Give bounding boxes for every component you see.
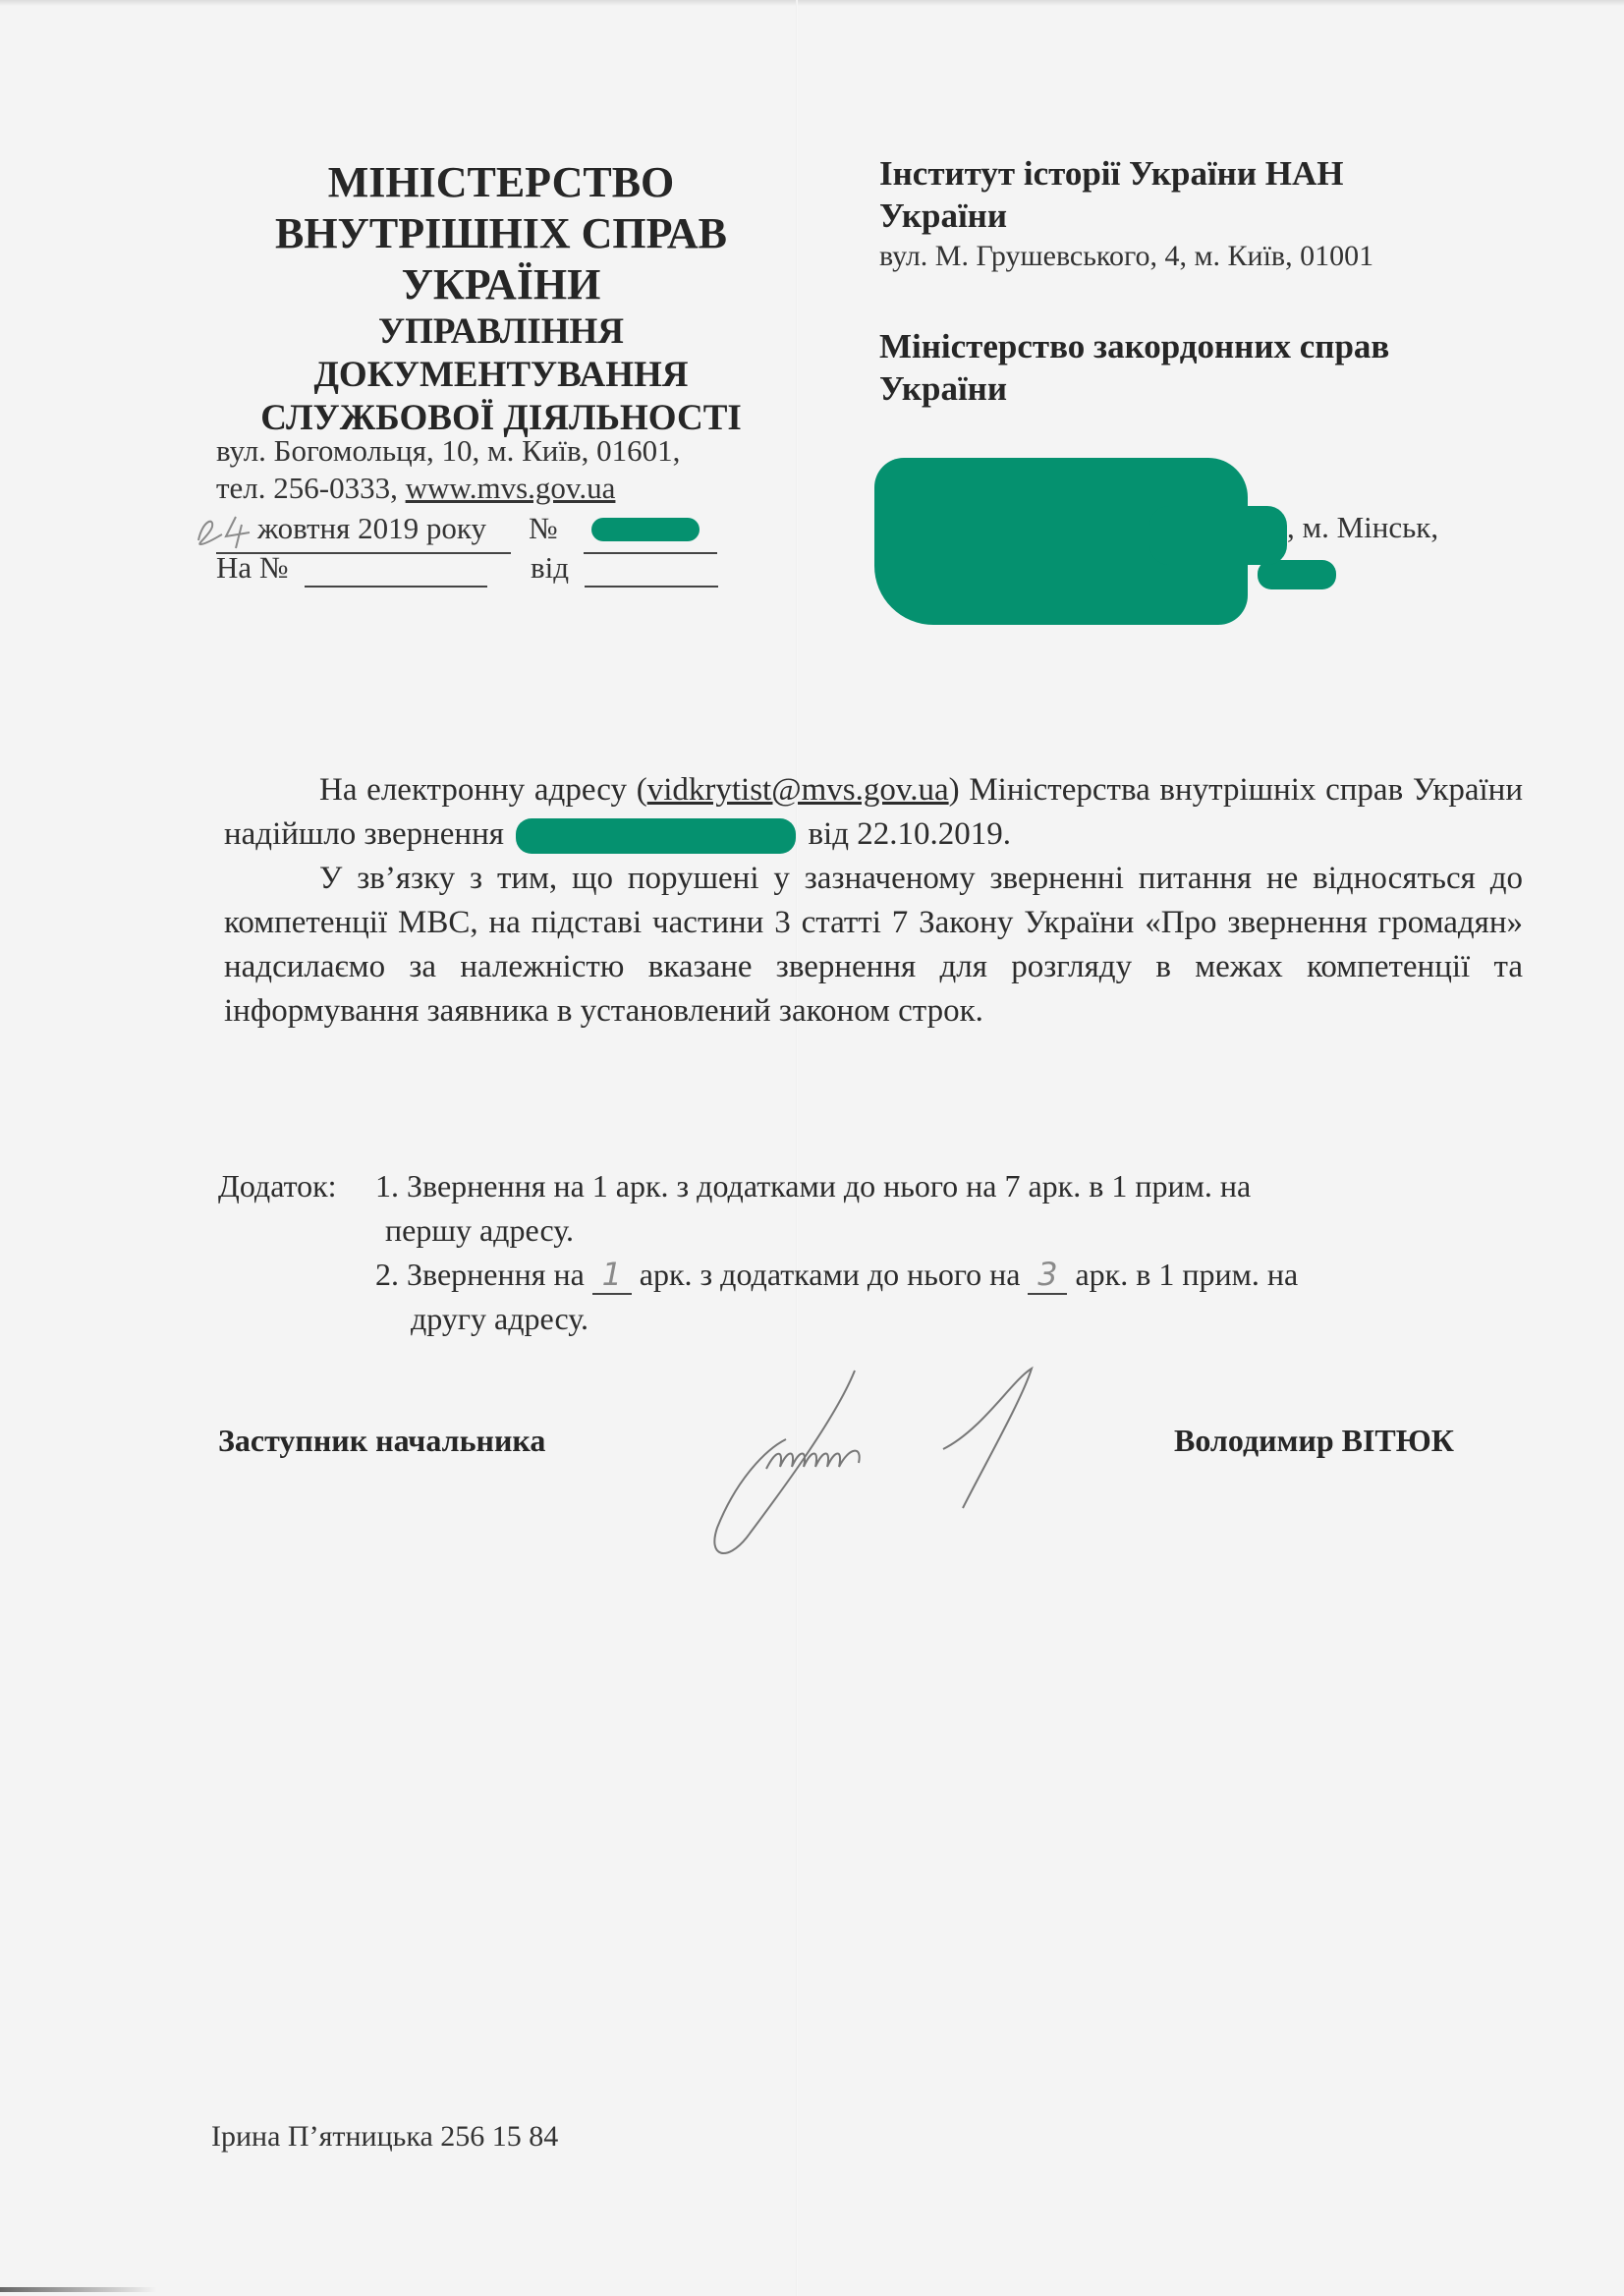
redacted-recipient-extra — [1149, 506, 1287, 565]
addressee-name-line: Міністерство закордонних справ — [879, 325, 1547, 367]
department-name-line: УПРАВЛІННЯ — [206, 310, 796, 354]
number-underline — [584, 552, 717, 554]
handwritten-day-icon — [193, 511, 261, 550]
recipient-city-fragment: , м. Мінськ, — [1287, 510, 1438, 545]
handwritten-annex-count: 3 — [1028, 1256, 1067, 1295]
addressee-institute: Інститут історії України НАН України вул… — [879, 152, 1547, 276]
sender-address: вул. Богомольця, 10, м. Київ, 01601, — [216, 432, 766, 470]
redacted-outgoing-number — [591, 518, 700, 541]
attachment-item-1: 1. Звернення на 1 арк. з додатками до нь… — [375, 1164, 1251, 1208]
body-paragraph-1: На електронну адресу (vidkrytist@mvs.gov… — [224, 768, 1523, 857]
reply-to-label: На № — [216, 550, 288, 586]
department-name-line: ДОКУМЕНТУВАННЯ — [206, 354, 796, 397]
addressee-name-line: Інститут історії України НАН — [879, 152, 1547, 195]
addressee-address: вул. М. Грушевського, 4, м. Київ, 01001 — [879, 237, 1547, 276]
attachment-item-2: 2. Звернення на 1 арк. з додатками до нь… — [375, 1253, 1298, 1297]
ministry-name-line: УКРАЇНИ — [206, 259, 796, 310]
sender-phone-website: тел. 256-0333, www.mvs.gov.ua — [216, 470, 766, 507]
sender-contacts: вул. Богомольця, 10, м. Київ, 01601, тел… — [216, 432, 766, 507]
scan-bottom-edge — [0, 2287, 157, 2292]
letter-body: На електронну адресу (vidkrytist@mvs.gov… — [224, 768, 1523, 1034]
paper-fold-line — [796, 0, 798, 2296]
ministry-name-line: ВНУТРІШНІХ СПРАВ — [206, 208, 796, 259]
registration-date: жовтня 2019 року — [257, 511, 486, 546]
attachments-section: Додаток: 1. Звернення на 1 арк. з додатк… — [218, 1164, 1535, 1341]
attachment-item-2-cont: другу адресу. — [411, 1297, 588, 1341]
addressee-name-line: України — [879, 195, 1547, 237]
addressee-mfa: Міністерство закордонних справ України — [879, 325, 1547, 410]
signatory-position: Заступник начальника — [218, 1423, 545, 1459]
email-link[interactable]: vidkrytist@mvs.gov.ua — [647, 772, 949, 808]
handwritten-sheet-count: 1 — [592, 1256, 632, 1295]
body-paragraph-2: У зв’язку з тим, що порушені у зазначено… — [224, 857, 1523, 1034]
reply-date-blank[interactable] — [585, 586, 718, 588]
scan-top-edge — [0, 0, 1624, 6]
attachments-label: Додаток: — [218, 1164, 337, 1208]
executor-contact: Ірина П’ятницька 256 15 84 — [211, 2120, 558, 2154]
reply-from-label: від — [531, 550, 569, 586]
addressee-name-line: України — [879, 367, 1547, 410]
number-label: № — [529, 511, 558, 546]
signatory-name: Володимир ВІТЮК — [1174, 1423, 1454, 1459]
reply-number-blank[interactable] — [305, 586, 487, 588]
sender-phone: тел. 256-0333, — [216, 471, 398, 505]
attachment-item-1-cont: першу адресу. — [385, 1208, 574, 1253]
sender-website-link[interactable]: www.mvs.gov.ua — [406, 471, 616, 505]
redacted-applicant-name — [516, 818, 796, 854]
sender-header: МІНІСТЕРСТВО ВНУТРІШНІХ СПРАВ УКРАЇНИ УП… — [206, 157, 796, 440]
addressee-block: Інститут історії України НАН України вул… — [879, 152, 1547, 410]
signature-icon — [688, 1361, 1100, 1567]
ministry-name-line: МІНІСТЕРСТВО — [206, 157, 796, 208]
